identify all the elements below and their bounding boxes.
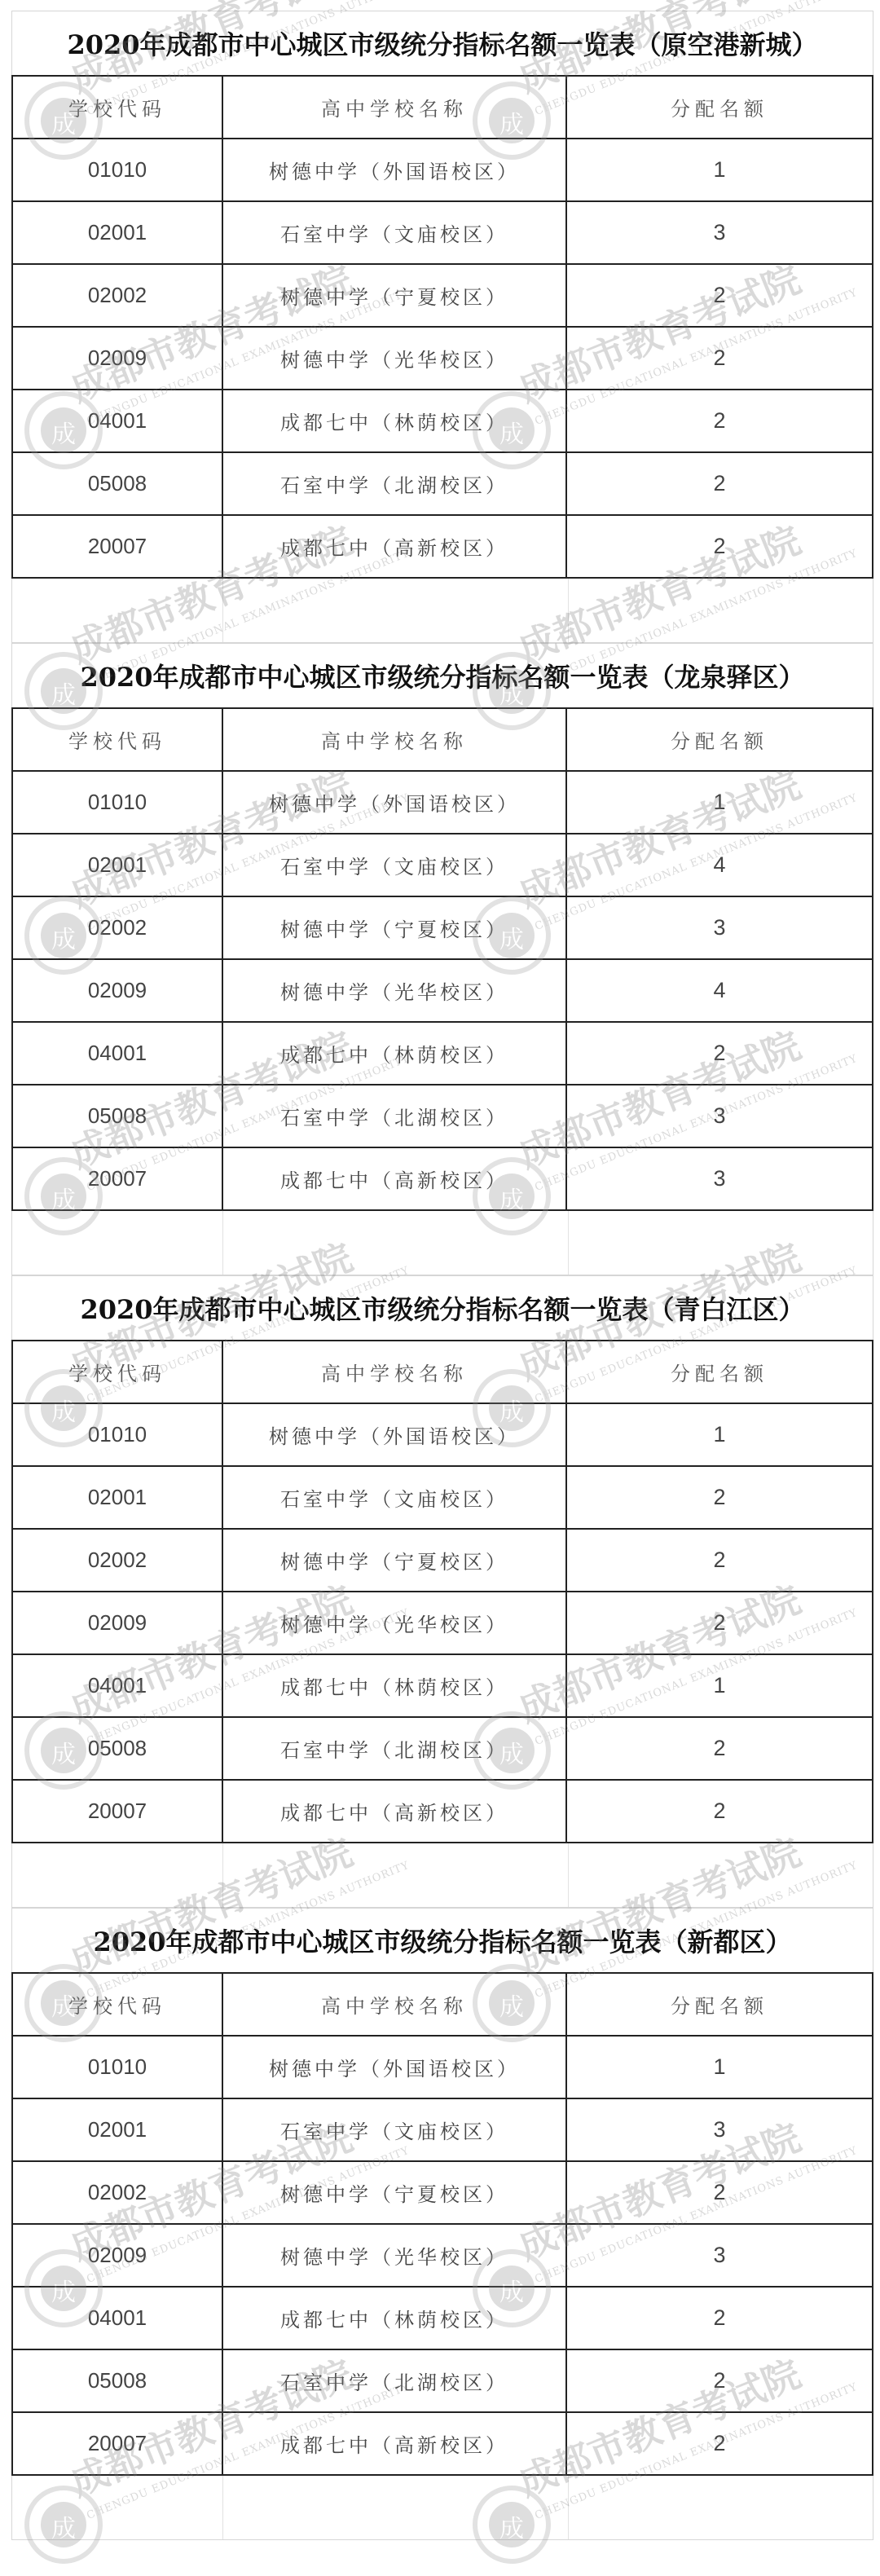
school-code: 02009 (12, 959, 222, 1022)
table-row: 20007成都七中（高新校区）2 (12, 1780, 873, 1843)
table-row: 04001成都七中（林荫校区）1 (12, 1654, 873, 1717)
school-name: 树德中学（外国语校区） (222, 771, 566, 834)
school-code: 05008 (12, 452, 222, 515)
table-row: 02001石室中学（文庙校区）3 (12, 2098, 873, 2161)
table-title: 2020年成都市中心城区市级统分指标名额一览表（青白江区） (11, 1275, 873, 1340)
school-name: 石室中学（文庙校区） (222, 2098, 566, 2161)
quota-value: 1 (566, 771, 873, 834)
quota-value: 3 (566, 1147, 873, 1210)
quota-value: 3 (566, 2224, 873, 2287)
quota-value: 2 (566, 1466, 873, 1529)
table-spacer (11, 579, 873, 643)
school-code: 02009 (12, 1592, 222, 1654)
school-code: 02002 (12, 1529, 222, 1592)
table-row: 20007成都七中（高新校区）3 (12, 1147, 873, 1210)
column-header-school-code: 学校代码 (12, 1973, 222, 2036)
school-name: 石室中学（北湖校区） (222, 2349, 566, 2412)
column-header-school-name: 高中学校名称 (222, 1973, 566, 2036)
quota-value: 3 (566, 201, 873, 264)
school-code: 02009 (12, 2224, 222, 2287)
school-name: 成都七中（高新校区） (222, 1780, 566, 1843)
school-name: 成都七中（林荫校区） (222, 390, 566, 452)
school-name: 树德中学（外国语校区） (222, 1403, 566, 1466)
school-code: 02001 (12, 2098, 222, 2161)
school-name: 成都七中（林荫校区） (222, 2287, 566, 2349)
quota-table: 学校代码 高中学校名称 分配名额 01010树德中学（外国语校区）1 02001… (11, 707, 873, 1211)
table-row: 02001石室中学（文庙校区）3 (12, 201, 873, 264)
quota-table: 学校代码 高中学校名称 分配名额 01010树德中学（外国语校区）1 02001… (11, 1972, 873, 2476)
school-name: 成都七中（林荫校区） (222, 1654, 566, 1717)
table-row: 02001石室中学（文庙校区）2 (12, 1466, 873, 1529)
table-row: 02002树德中学（宁夏校区）3 (12, 896, 873, 959)
table-title: 2020年成都市中心城区市级统分指标名额一览表（新都区） (11, 1908, 873, 1972)
school-name: 成都七中（高新校区） (222, 515, 566, 578)
column-header-school-code: 学校代码 (12, 708, 222, 771)
table-row: 05008石室中学（北湖校区）2 (12, 1717, 873, 1780)
school-name: 石室中学（文庙校区） (222, 201, 566, 264)
table-spacer (11, 2476, 873, 2540)
table-row: 02009树德中学（光华校区）2 (12, 327, 873, 390)
table-row: 02002树德中学（宁夏校区）2 (12, 1529, 873, 1592)
school-code: 20007 (12, 1147, 222, 1210)
table-row: 02002树德中学（宁夏校区）2 (12, 264, 873, 327)
quota-table: 学校代码 高中学校名称 分配名额 01010树德中学（外国语校区）1 02001… (11, 1340, 873, 1843)
school-code: 20007 (12, 1780, 222, 1843)
school-name: 树德中学（外国语校区） (222, 2036, 566, 2098)
school-code: 02002 (12, 264, 222, 327)
school-name: 树德中学（宁夏校区） (222, 1529, 566, 1592)
table-row: 01010树德中学（外国语校区）1 (12, 1403, 873, 1466)
school-name: 石室中学（文庙校区） (222, 834, 566, 896)
school-name: 石室中学（文庙校区） (222, 1466, 566, 1529)
quota-value: 1 (566, 1654, 873, 1717)
table-row: 05008石室中学（北湖校区）2 (12, 2349, 873, 2412)
table-header-row: 学校代码 高中学校名称 分配名额 (12, 1973, 873, 2036)
quota-table-section-4: 2020年成都市中心城区市级统分指标名额一览表（新都区） 学校代码 高中学校名称… (11, 1908, 873, 2540)
school-code: 02001 (12, 1466, 222, 1529)
school-code: 05008 (12, 2349, 222, 2412)
quota-value: 2 (566, 515, 873, 578)
school-code: 01010 (12, 771, 222, 834)
school-name: 成都七中（林荫校区） (222, 1022, 566, 1085)
quota-value: 2 (566, 390, 873, 452)
table-row: 02009树德中学（光华校区）2 (12, 1592, 873, 1654)
quota-value: 2 (566, 327, 873, 390)
table-row: 02001石室中学（文庙校区）4 (12, 834, 873, 896)
quota-value: 2 (566, 2412, 873, 2475)
quota-value: 4 (566, 834, 873, 896)
school-name: 树德中学（宁夏校区） (222, 2161, 566, 2224)
column-header-school-code: 学校代码 (12, 76, 222, 139)
school-name: 树德中学（光华校区） (222, 959, 566, 1022)
column-header-quota: 分配名额 (566, 76, 873, 139)
table-row: 05008石室中学（北湖校区）3 (12, 1085, 873, 1147)
column-header-school-name: 高中学校名称 (222, 76, 566, 139)
quota-value: 1 (566, 139, 873, 201)
school-code: 01010 (12, 1403, 222, 1466)
table-row: 05008石室中学（北湖校区）2 (12, 452, 873, 515)
school-code: 20007 (12, 515, 222, 578)
school-code: 02002 (12, 2161, 222, 2224)
school-code: 02009 (12, 327, 222, 390)
school-code: 04001 (12, 390, 222, 452)
school-name: 石室中学（北湖校区） (222, 1085, 566, 1147)
quota-table-section-3: 2020年成都市中心城区市级统分指标名额一览表（青白江区） 学校代码 高中学校名… (11, 1275, 873, 1908)
table-title: 2020年成都市中心城区市级统分指标名额一览表（龙泉驿区） (11, 643, 873, 707)
quota-value: 2 (566, 1592, 873, 1654)
table-header-row: 学校代码 高中学校名称 分配名额 (12, 76, 873, 139)
school-name: 树德中学（光华校区） (222, 1592, 566, 1654)
school-code: 04001 (12, 2287, 222, 2349)
school-name: 石室中学（北湖校区） (222, 1717, 566, 1780)
school-name: 树德中学（外国语校区） (222, 139, 566, 201)
school-name: 树德中学（宁夏校区） (222, 896, 566, 959)
quota-value: 2 (566, 1529, 873, 1592)
table-row: 20007成都七中（高新校区）2 (12, 2412, 873, 2475)
quota-value: 2 (566, 1717, 873, 1780)
quota-value: 2 (566, 2349, 873, 2412)
table-row: 04001成都七中（林荫校区）2 (12, 390, 873, 452)
quota-value: 3 (566, 1085, 873, 1147)
column-header-school-code: 学校代码 (12, 1341, 222, 1403)
school-name: 成都七中（高新校区） (222, 1147, 566, 1210)
school-name: 成都七中（高新校区） (222, 2412, 566, 2475)
quota-value: 1 (566, 1403, 873, 1466)
school-code: 01010 (12, 2036, 222, 2098)
quota-table-section-2: 2020年成都市中心城区市级统分指标名额一览表（龙泉驿区） 学校代码 高中学校名… (11, 643, 873, 1275)
school-code: 04001 (12, 1022, 222, 1085)
quota-table: 学校代码 高中学校名称 分配名额 01010树德中学（外国语校区）1 02001… (11, 75, 873, 579)
table-row: 02009树德中学（光华校区）3 (12, 2224, 873, 2287)
quota-value: 2 (566, 264, 873, 327)
school-code: 05008 (12, 1717, 222, 1780)
school-name: 石室中学（北湖校区） (222, 452, 566, 515)
school-name: 树德中学（光华校区） (222, 327, 566, 390)
school-name: 树德中学（宁夏校区） (222, 264, 566, 327)
table-header-row: 学校代码 高中学校名称 分配名额 (12, 1341, 873, 1403)
table-spacer (11, 1843, 873, 1908)
table-title: 2020年成都市中心城区市级统分指标名额一览表（原空港新城） (11, 11, 873, 75)
table-row: 01010树德中学（外国语校区）1 (12, 771, 873, 834)
school-code: 02002 (12, 896, 222, 959)
quota-value: 2 (566, 452, 873, 515)
quota-value: 3 (566, 2098, 873, 2161)
school-code: 20007 (12, 2412, 222, 2475)
quota-value: 4 (566, 959, 873, 1022)
table-row: 04001成都七中（林荫校区）2 (12, 2287, 873, 2349)
document-page: 2020年成都市中心城区市级统分指标名额一览表（原空港新城） 学校代码 高中学校… (11, 11, 873, 2540)
table-row: 20007成都七中（高新校区）2 (12, 515, 873, 578)
school-code: 02001 (12, 834, 222, 896)
table-header-row: 学校代码 高中学校名称 分配名额 (12, 708, 873, 771)
quota-value: 2 (566, 1780, 873, 1843)
school-code: 01010 (12, 139, 222, 201)
quota-value: 3 (566, 896, 873, 959)
quota-value: 2 (566, 1022, 873, 1085)
school-code: 04001 (12, 1654, 222, 1717)
table-row: 01010树德中学（外国语校区）1 (12, 2036, 873, 2098)
table-row: 02009树德中学（光华校区）4 (12, 959, 873, 1022)
school-code: 05008 (12, 1085, 222, 1147)
column-header-quota: 分配名额 (566, 1341, 873, 1403)
table-row: 02002树德中学（宁夏校区）2 (12, 2161, 873, 2224)
quota-table-section-1: 2020年成都市中心城区市级统分指标名额一览表（原空港新城） 学校代码 高中学校… (11, 11, 873, 643)
quota-value: 2 (566, 2161, 873, 2224)
table-spacer (11, 1211, 873, 1275)
table-row: 01010树德中学（外国语校区）1 (12, 139, 873, 201)
table-row: 04001成都七中（林荫校区）2 (12, 1022, 873, 1085)
school-name: 树德中学（光华校区） (222, 2224, 566, 2287)
quota-value: 2 (566, 2287, 873, 2349)
column-header-quota: 分配名额 (566, 1973, 873, 2036)
school-code: 02001 (12, 201, 222, 264)
column-header-quota: 分配名额 (566, 708, 873, 771)
quota-value: 1 (566, 2036, 873, 2098)
column-header-school-name: 高中学校名称 (222, 708, 566, 771)
column-header-school-name: 高中学校名称 (222, 1341, 566, 1403)
